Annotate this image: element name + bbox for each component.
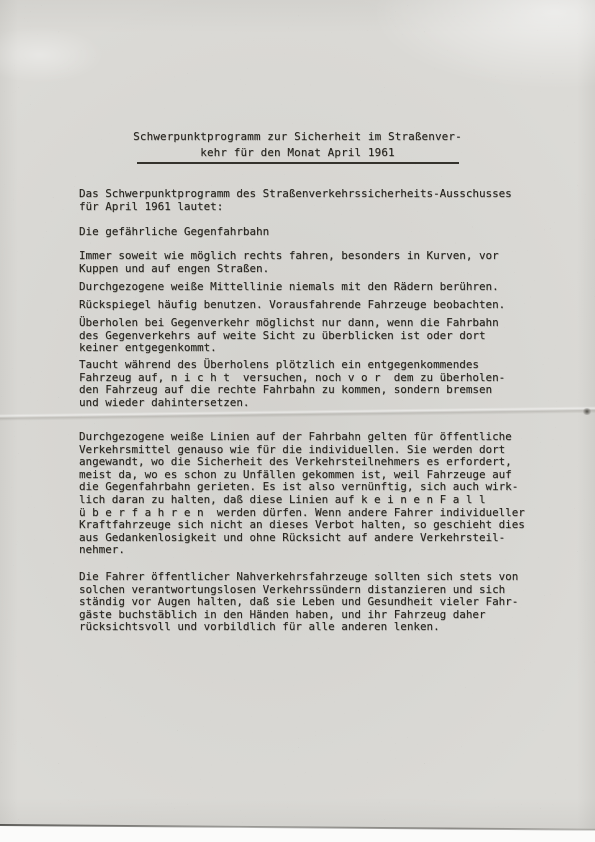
- paragraph-heading: Die gefährliche Gegenfahrbahn: [79, 226, 557, 239]
- paragraph-rule-2: Durchgezogene weiße Mittellinie niemals …: [79, 281, 557, 294]
- paragraph-rule-4: Überholen bei Gegenverkehr möglichst nur…: [79, 317, 557, 355]
- paragraph-intro: Das Schwerpunktprogramm des Straßenverke…: [79, 188, 557, 213]
- paragraph-rule-3: Rückspiegel häufig benutzen. Vorausfahre…: [79, 299, 557, 312]
- paragraph-closing: Die Fahrer öffentlicher Nahverkehrsfahrz…: [79, 571, 557, 634]
- paper-sheet: Schwerpunktprogramm zur Sicherheit im St…: [0, 0, 595, 831]
- paragraph-explanation: Durchgezogene weiße Linien auf der Fahrb…: [79, 431, 557, 557]
- paragraph-rule-1: Immer soweit wie möglich rechts fahren, …: [79, 250, 557, 275]
- paragraph-rule-5: Taucht während des Überholens plötzlich …: [79, 359, 557, 409]
- scanned-page: Schwerpunktprogramm zur Sicherheit im St…: [0, 0, 595, 842]
- ink-smudge: [582, 408, 592, 415]
- title-underline: [137, 162, 459, 164]
- document-title: Schwerpunktprogramm zur Sicherheit im St…: [0, 129, 595, 161]
